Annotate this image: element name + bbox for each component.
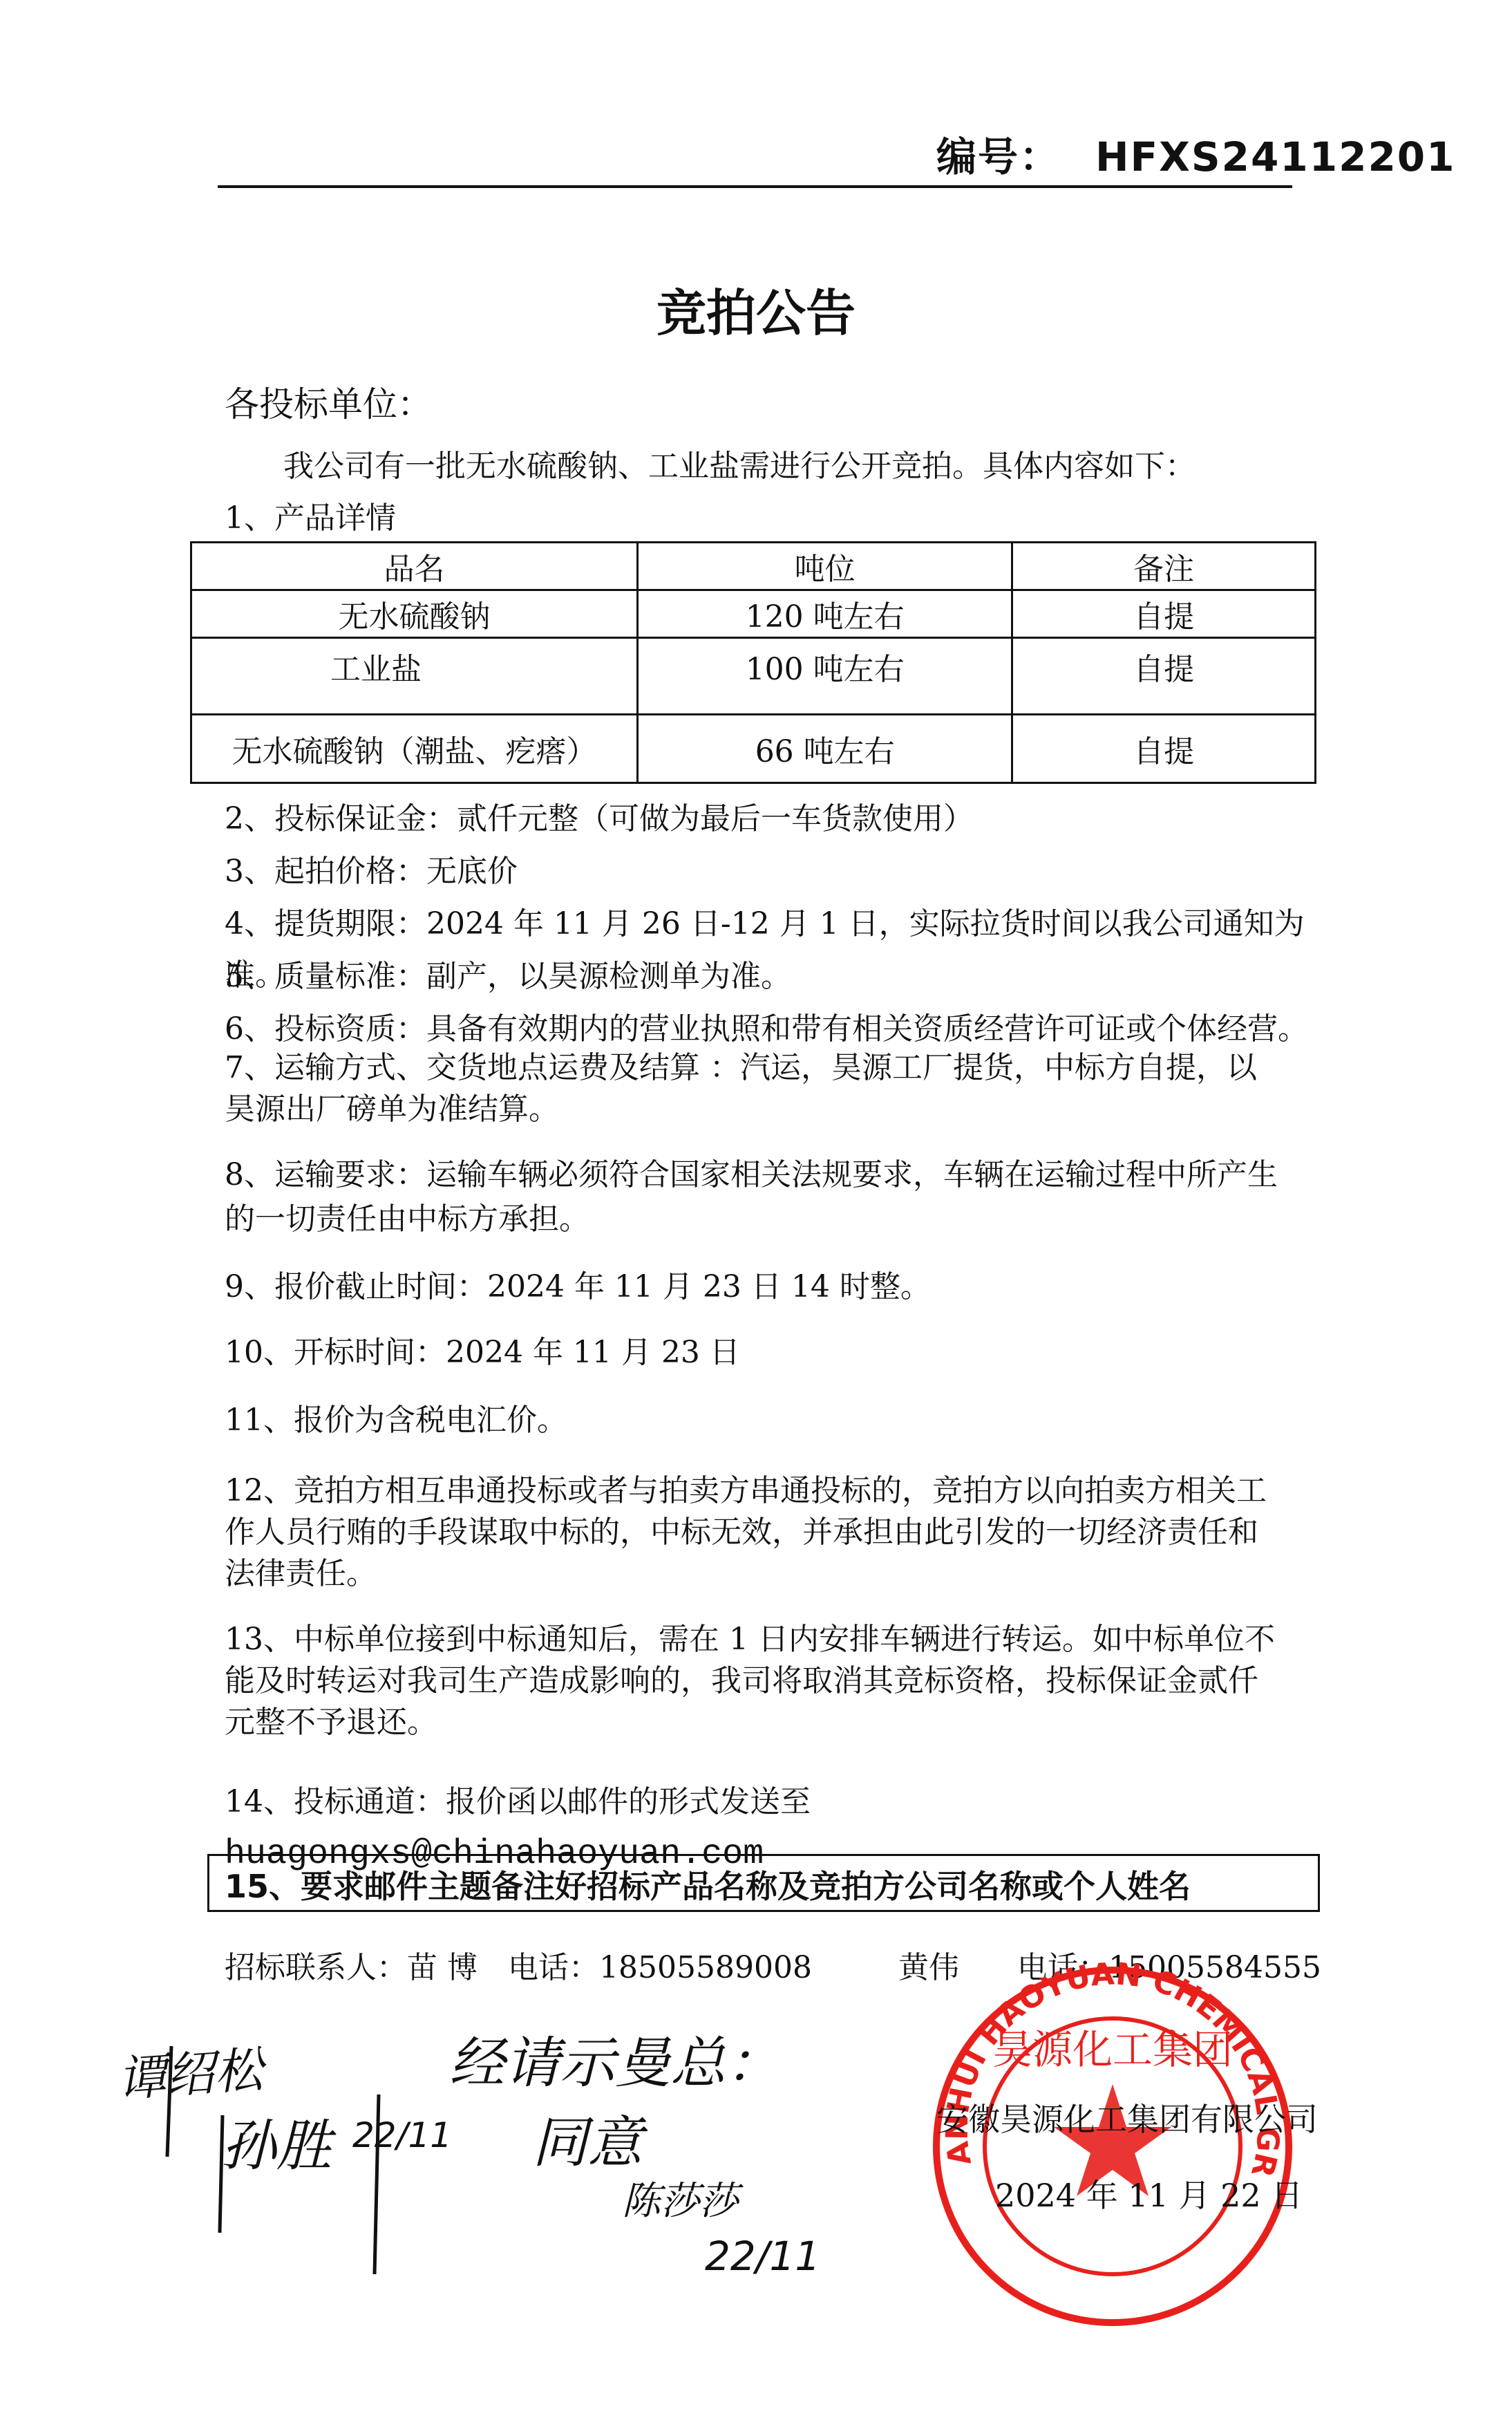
clause-3: 3、起拍价格：无底价: [225, 846, 1316, 897]
clause-15: 15、要求邮件主题备注好招标产品名称及竞拍方公司名称或个人姓名: [225, 1862, 1191, 1907]
section-title-products: 1、产品详情: [225, 498, 396, 539]
company-name: 安徽昊源化工集团有限公司: [936, 2094, 1318, 2140]
approval-note: 经请示曼总：: [449, 2018, 781, 2098]
table-row: 无水硫酸钠 120 吨左右 自提: [191, 590, 1316, 638]
table-header: 品名: [191, 543, 638, 590]
svg-text:昊源化工集团: 昊源化工集团: [992, 2026, 1233, 2073]
table-row: 工业盐 100 吨左右 自提: [191, 638, 1316, 715]
clause-10: 10、开标时间：2024 年 11 月 23 日: [225, 1327, 1316, 1378]
clause-2: 2、投标保证金：贰仟元整（可做为最后一车货款使用）: [225, 794, 1316, 845]
product-table: 品名 吨位 备注 无水硫酸钠 120 吨左右 自提 工业盐 100 吨左右 自提…: [190, 541, 1316, 784]
clause-15-box: 15、要求邮件主题备注好招标产品名称及竞拍方公司名称或个人姓名: [207, 1854, 1320, 1912]
clause-8-cont: 的一切责任由中标方承担。: [225, 1194, 1316, 1245]
document-number-label: 编号：: [936, 133, 1061, 180]
issue-date: 2024 年 11 月 22 日: [995, 2171, 1303, 2216]
signature-strokes-icon: [138, 2025, 346, 2302]
table-row: 无水硫酸钠（潮盐、疙瘩） 66 吨左右 自提: [191, 715, 1316, 783]
clause-14-text: 14、投标通道：报价函以邮件的形式发送至: [225, 1784, 811, 1819]
clause-13-cont2: 元整不予退还。: [225, 1697, 1316, 1748]
signature-3-date: 22/11: [705, 2233, 820, 2280]
table-cell: 无水硫酸钠（潮盐、疙瘩）: [191, 715, 638, 783]
document-number-value: HFXS24112201: [1095, 133, 1456, 180]
clause-5: 5、质量标准：副产，以昊源检测单为准。: [225, 951, 1316, 1002]
table-cell: 66 吨左右: [638, 715, 1012, 783]
clause-12-cont2: 法律责任。: [225, 1548, 1316, 1600]
table-header-row: 品名 吨位 备注: [191, 543, 1316, 590]
contact-label: 招标联系人：: [225, 1950, 407, 1985]
salutation: 各投标单位：: [225, 377, 432, 427]
clause-9: 9、报价截止时间：2024 年 11 月 23 日 14 时整。: [225, 1262, 1316, 1313]
document-number: 编号：HFXS24112201: [936, 124, 1456, 182]
table-header: 备注: [1012, 543, 1316, 590]
signature-3: 陈莎莎: [622, 2171, 738, 2226]
approval-agree: 同意: [532, 2098, 643, 2177]
phone-1: 18505589008: [599, 1950, 812, 1985]
table-header: 吨位: [638, 543, 1012, 590]
phone-label-1: 电话：: [508, 1950, 599, 1985]
table-cell: 120 吨左右: [638, 590, 1012, 638]
clause-8: 8、运输要求：运输车辆必须符合国家相关法规要求，车辆在运输过程中所产生: [225, 1150, 1316, 1201]
contact-1: 招标联系人：苗 博 电话：18505589008: [225, 1942, 812, 1987]
table-cell: 自提: [1012, 590, 1316, 638]
header-rule: [218, 185, 1292, 188]
table-cell: 自提: [1012, 715, 1316, 783]
table-cell: 100 吨左右: [638, 638, 1012, 715]
clause-7-cont: 昊源出厂磅单为准结算。: [225, 1084, 1316, 1135]
contact-person-1: 苗 博: [407, 1950, 478, 1985]
table-cell: 自提: [1012, 638, 1316, 715]
signature-line-icon: [359, 2088, 401, 2295]
page-title: 竞拍公告: [0, 273, 1512, 345]
table-cell: 工业盐: [191, 638, 638, 715]
intro-paragraph: 我公司有一批无水硫酸钠、工业盐需进行公开竞拍。具体内容如下：: [283, 446, 1196, 487]
clause-11: 11、报价为含税电汇价。: [225, 1395, 1316, 1446]
table-cell: 无水硫酸钠: [191, 590, 638, 638]
